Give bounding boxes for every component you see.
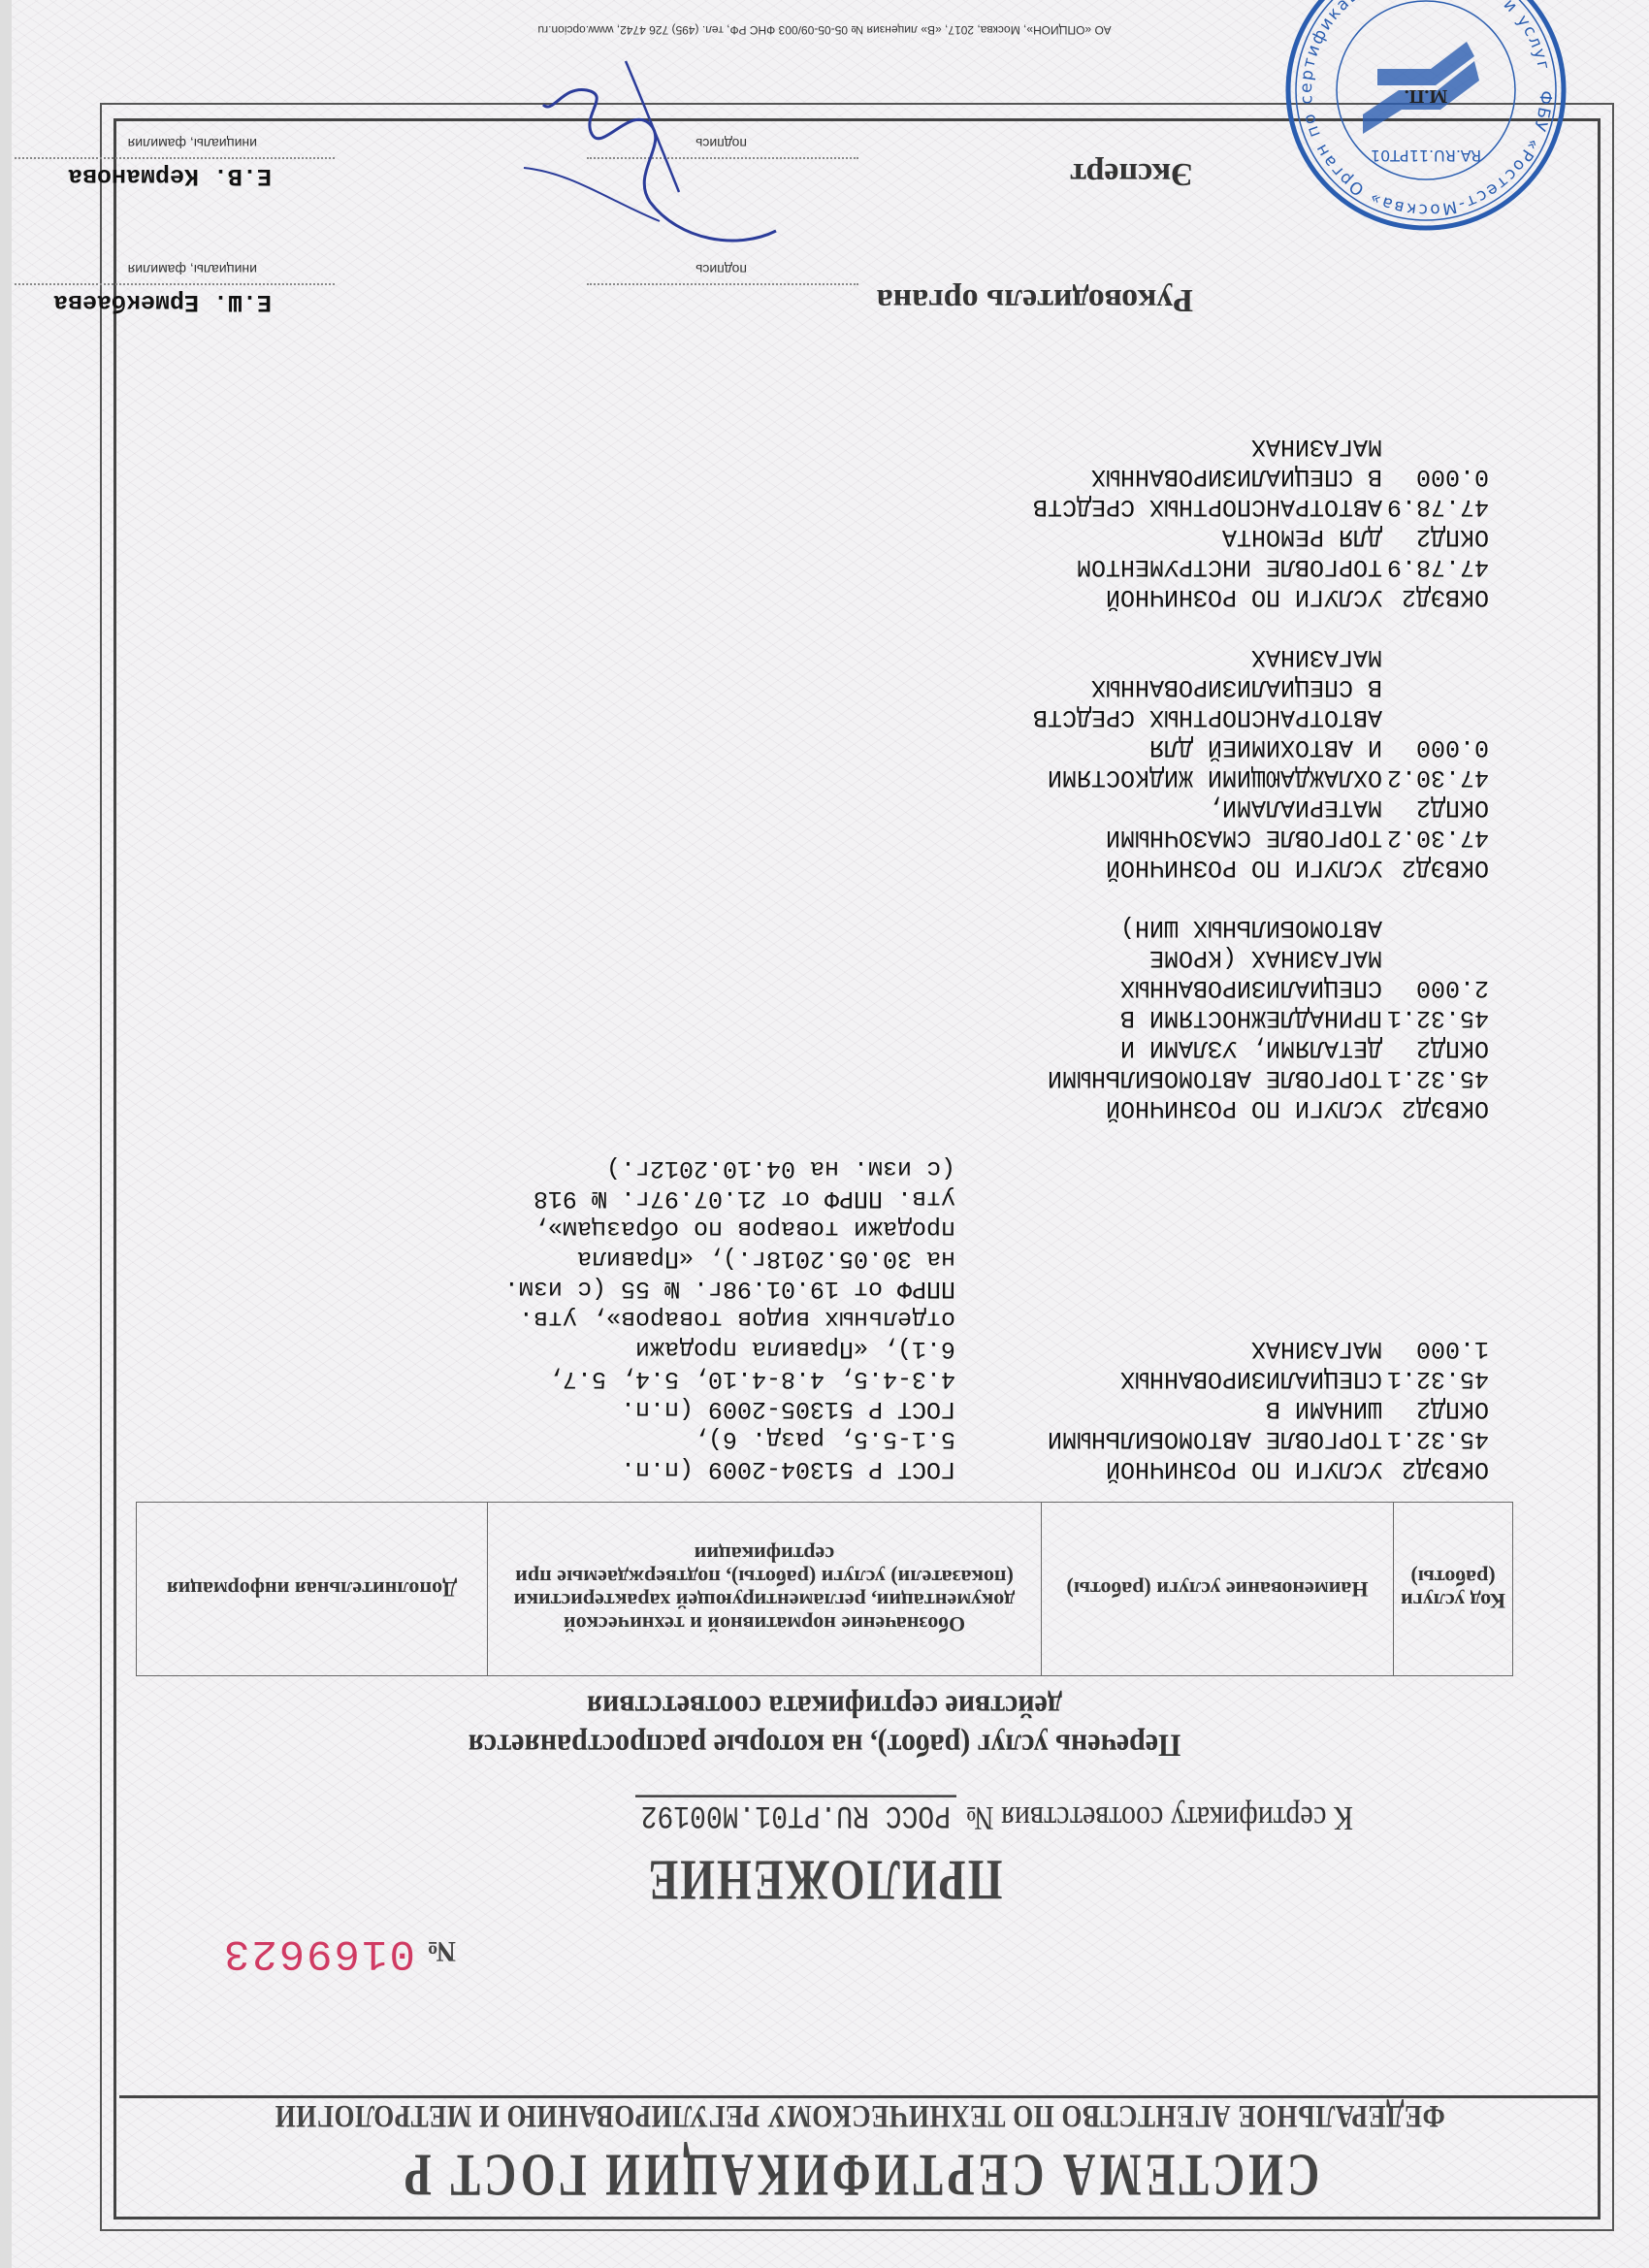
service-doc <box>373 1033 955 1063</box>
service-name: УСЛУГИ ПО РОЗНИЧНОЙ <box>955 1093 1382 1123</box>
service-line: АВТОМОБИЛЬНЫХ ШИН) <box>131 913 1489 943</box>
service-name: ТОРГОВЛЕ АВТОМОБИЛЬНЫМИ <box>955 1063 1382 1093</box>
service-code <box>1382 1183 1489 1214</box>
head-sign-caption: подпись <box>695 262 747 277</box>
service-name: В СПЕЦИАЛИЗИРОВАННЫХ <box>955 462 1382 492</box>
service-code: ОКПД2 <box>1382 1033 1489 1063</box>
service-doc: (с изм. на 04.10.2012г.) <box>373 1153 955 1183</box>
service-line: АВТОТРАНСПОРТНЫХ СРЕДСТВ <box>131 702 1489 732</box>
service-line: 45.32.1ТОРГОВЛЕ АВТОМОБИЛЬНЫМИ <box>131 1063 1489 1093</box>
row-spacer <box>131 1123 1489 1153</box>
service-line: ОКВЭД2УСЛУГИ ПО РОЗНИЧНОЙ <box>131 1093 1489 1123</box>
service-name: ТОРГОВЛЕ АВТОМОБИЛЬНЫМИ <box>955 1424 1382 1454</box>
service-line: ОКВЭД2УСЛУГИ ПО РОЗНИЧНОЙГОСТ Р 51304-20… <box>131 1454 1489 1484</box>
service-name <box>955 1244 1382 1274</box>
service-code: 47.30.2 <box>1382 762 1489 793</box>
service-line: 0.000В СПЕЦИАЛИЗИРОВАННЫХ <box>131 462 1489 492</box>
service-doc: ППРФ от 19.01.98г. № 55 (с изм. <box>373 1274 955 1304</box>
service-doc <box>373 582 955 612</box>
cert-number: РОСС RU.РТ01.М00192 <box>635 1795 956 1831</box>
service-name: МАТЕРИАЛАМИ, <box>955 793 1382 823</box>
service-doc <box>373 943 955 973</box>
service-doc <box>373 492 955 522</box>
service-line: 45.32.1СПЕЦИАЛИЗИРОВАННЫХ4.3-4.5, 4.8-4.… <box>131 1364 1489 1394</box>
expert-title: Эксперт <box>1070 155 1193 192</box>
service-code <box>1382 1214 1489 1244</box>
service-code <box>1382 1153 1489 1183</box>
service-doc: утв. ППРФ от 21.07.97г. № 918 <box>373 1183 955 1214</box>
service-line: ОКПД2ШИНАМИ ВГОСТ Р 51305-2009 (п.п. <box>131 1394 1489 1424</box>
service-line: 47.30.2ТОРГОВЛЕ СМАЗОЧНЫМИ <box>131 823 1489 853</box>
service-line: ОКВЭД2УСЛУГИ ПО РОЗНИЧНОЙ <box>131 853 1489 883</box>
service-code <box>1382 1304 1489 1334</box>
head-title: Руководитель органа <box>877 281 1193 318</box>
service-entry: ОКВЭД2УСЛУГИ ПО РОЗНИЧНОЙ47.78.9ТОРГОВЛЕ… <box>131 432 1489 612</box>
service-code: ОКПД2 <box>1382 522 1489 552</box>
service-name: ОХЛАЖДАЮЩИМИ ЖИДКОСТЯМИ <box>955 762 1382 793</box>
service-doc: продажи товаров по образцам», <box>373 1214 955 1244</box>
service-code: ОКВЭД2 <box>1382 853 1489 883</box>
service-name: МАГАЗИНАХ (КРОМЕ <box>955 943 1382 973</box>
service-line: 0.000И АВТОХИМИЕЙ ДЛЯ <box>131 732 1489 762</box>
col-extra: Дополнительная информация <box>137 1503 488 1676</box>
service-name <box>955 1183 1382 1214</box>
service-doc <box>373 913 955 943</box>
service-name: УСЛУГИ ПО РОЗНИЧНОЙ <box>955 1454 1382 1484</box>
service-line: 47.78.9ТОРГОВЛЕ ИНСТРУМЕНТОМ <box>131 552 1489 582</box>
service-line: ОКПД2МАТЕРИАЛАМИ, <box>131 793 1489 823</box>
certificate-appendix-page: СИСТЕМА СЕРТИФИКАЦИИ ГОСТ Р ФЕДЕРАЛЬНОЕ … <box>0 0 1649 2268</box>
service-name: АВТОТРАНСПОРТНЫХ СРЕДСТВ <box>955 492 1382 522</box>
certificate-reference: К сертификату соответствия № РОСС RU.РТ0… <box>635 1795 1353 1836</box>
service-code <box>1382 1274 1489 1304</box>
service-doc <box>373 672 955 702</box>
service-doc <box>373 432 955 462</box>
service-name <box>955 1274 1382 1304</box>
service-entry: ОКВЭД2УСЛУГИ ПО РОЗНИЧНОЙ45.32.1ТОРГОВЛЕ… <box>131 913 1489 1123</box>
service-code: 47.78.9 <box>1382 552 1489 582</box>
service-name: И АВТОХИМИЕЙ ДЛЯ <box>955 732 1382 762</box>
agency-name: ФЕДЕРАЛЬНОЕ АГЕНТСТВО ПО ТЕХНИЧЕСКОМУ РЕ… <box>119 2098 1600 2134</box>
service-code: 0.000 <box>1382 462 1489 492</box>
stamp-center-text: М.П. <box>1405 85 1447 107</box>
service-name: МАГАЗИНАХ <box>955 1334 1382 1364</box>
service-code: ОКПД2 <box>1382 1394 1489 1424</box>
service-code: 47.78.9 <box>1382 492 1489 522</box>
service-doc <box>373 702 955 732</box>
service-doc <box>373 1063 955 1093</box>
header-box: СИСТЕМА СЕРТИФИКАЦИИ ГОСТ Р ФЕДЕРАЛЬНОЕ … <box>119 2095 1600 2219</box>
service-name: ТОРГОВЛЕ СМАЗОЧНЫМИ <box>955 823 1382 853</box>
service-code: 45.32.1 <box>1382 1003 1489 1033</box>
service-code: ОКВЭД2 <box>1382 582 1489 612</box>
head-sign-line <box>587 283 858 285</box>
service-doc <box>373 793 955 823</box>
service-code <box>1382 1244 1489 1274</box>
service-name <box>955 1214 1382 1244</box>
list-title: Перечень услуг (работ), на которые распр… <box>0 1687 1649 1764</box>
system-title: СИСТЕМА СЕРТИФИКАЦИИ ГОСТ Р <box>119 2140 1600 2210</box>
service-doc <box>373 462 955 492</box>
service-name: СПЕЦИАЛИЗИРОВАННЫХ <box>955 973 1382 1003</box>
service-doc: ГОСТ Р 51305-2009 (п.п. <box>373 1394 955 1424</box>
service-name: ПРИНАДЛЕЖНОСТЯМИ В <box>955 1003 1382 1033</box>
service-code <box>1382 943 1489 973</box>
services-table-header: Код услуги (работы) Наименование услуги … <box>136 1502 1513 1676</box>
service-line: отдельных видов товаров», утв. <box>131 1304 1489 1334</box>
col-code: Код услуги (работы) <box>1394 1503 1513 1676</box>
expert-name-caption: инициалы, фамилия <box>128 136 257 151</box>
service-line: 47.78.9АВТОТРАНСПОРТНЫХ СРЕДСТВ <box>131 492 1489 522</box>
service-doc: на 30.05.2018г.), «Правила <box>373 1244 955 1274</box>
service-code: 45.32.1 <box>1382 1063 1489 1093</box>
row-spacer <box>131 612 1489 642</box>
service-code: ОКПД2 <box>1382 793 1489 823</box>
service-line: МАГАЗИНАХ <box>131 432 1489 462</box>
service-name <box>955 1304 1382 1334</box>
list-title-line2: действие сертификата соответствия <box>0 1687 1649 1726</box>
service-line: (с изм. на 04.10.2012г.) <box>131 1153 1489 1183</box>
serial-number: № 0169623 <box>222 1928 456 1977</box>
service-doc <box>373 1093 955 1123</box>
service-doc <box>373 732 955 762</box>
service-name: ДЕТАЛЯМИ, УЗЛАМИ И <box>955 1033 1382 1063</box>
service-doc: отдельных видов товаров», утв. <box>373 1304 955 1334</box>
service-name: УСЛУГИ ПО РОЗНИЧНОЙ <box>955 853 1382 883</box>
service-code: ОКВЭД2 <box>1382 1093 1489 1123</box>
service-code <box>1382 672 1489 702</box>
service-name: АВТОМОБИЛЬНЫХ ШИН) <box>955 913 1382 943</box>
service-doc: 5.1-5.5, разд. 6), <box>373 1424 955 1454</box>
service-code: 47.30.2 <box>1382 823 1489 853</box>
service-name: ШИНАМИ В <box>955 1394 1382 1424</box>
col-docs: Обозначение нормативной и технической до… <box>488 1503 1042 1676</box>
service-code <box>1382 702 1489 732</box>
service-name: МАГАЗИНАХ <box>955 432 1382 462</box>
appendix-title: ПРИЛОЖЕНИЕ <box>0 1847 1649 1914</box>
service-line: 1.000МАГАЗИНАХ6.1), «Правила продажи <box>131 1334 1489 1364</box>
service-line: ППРФ от 19.01.98г. № 55 (с изм. <box>131 1274 1489 1304</box>
service-doc <box>373 853 955 883</box>
service-code <box>1382 642 1489 672</box>
service-code <box>1382 913 1489 943</box>
service-line: ОКПД2ДЕТАЛЯМИ, УЗЛАМИ И <box>131 1033 1489 1063</box>
service-code: 2.000 <box>1382 973 1489 1003</box>
service-doc <box>373 642 955 672</box>
service-name: ДЛЯ РЕМОНТА <box>955 522 1382 552</box>
service-code <box>1382 432 1489 462</box>
service-line: МАГАЗИНАХ (КРОМЕ <box>131 943 1489 973</box>
service-code: 45.32.1 <box>1382 1424 1489 1454</box>
printer-footer: АО «ОПЦИОН», Москва, 2017, «В» лицензия … <box>0 23 1649 37</box>
list-title-line1: Перечень услуг (работ), на которые распр… <box>0 1725 1649 1764</box>
service-line: ОКПД2ДЛЯ РЕМОНТА <box>131 522 1489 552</box>
service-code: 45.32.1 <box>1382 1364 1489 1394</box>
expert-name: Е.В. Керманова <box>68 162 272 190</box>
service-doc <box>373 823 955 853</box>
service-line: 47.30.2ОХЛАЖДАЮЩИМИ ЖИДКОСТЯМИ <box>131 762 1489 793</box>
head-name: Е.Ш. Ермекбаева <box>53 288 272 316</box>
service-line: ОКВЭД2УСЛУГИ ПО РОЗНИЧНОЙ <box>131 582 1489 612</box>
service-code: ОКВЭД2 <box>1382 1454 1489 1484</box>
service-doc <box>373 973 955 1003</box>
signature-head: Руководитель органа подпись Е.Ш. Ермекба… <box>5 260 1208 318</box>
row-spacer <box>131 883 1489 913</box>
head-name-caption: инициалы, фамилия <box>128 262 257 277</box>
service-doc <box>373 1003 955 1033</box>
service-line: утв. ППРФ от 21.07.97г. № 918 <box>131 1183 1489 1214</box>
service-entry: ОКВЭД2УСЛУГИ ПО РОЗНИЧНОЙ47.30.2ТОРГОВЛЕ… <box>131 642 1489 883</box>
service-line: 2.000СПЕЦИАЛИЗИРОВАННЫХ <box>131 973 1489 1003</box>
services-list: ОКВЭД2УСЛУГИ ПО РОЗНИЧНОЙГОСТ Р 51304-20… <box>131 432 1489 1484</box>
service-doc: 6.1), «Правила продажи <box>373 1334 955 1364</box>
cert-label: К сертификату соответствия № <box>966 1798 1353 1836</box>
col-name: Наименование услуги (работы) <box>1042 1503 1394 1676</box>
service-code: 0.000 <box>1382 732 1489 762</box>
service-line: на 30.05.2018г.), «Правила <box>131 1244 1489 1274</box>
scan-edge-shadow <box>0 0 12 2268</box>
service-line: МАГАЗИНАХ <box>131 642 1489 672</box>
service-name: ТОРГОВЛЕ ИНСТРУМЕНТОМ <box>955 552 1382 582</box>
stamp-inner-text: RA.RU.11PT01 <box>1371 146 1481 165</box>
service-name: АВТОТРАНСПОРТНЫХ СРЕДСТВ <box>955 702 1382 732</box>
service-line: продажи товаров по образцам», <box>131 1214 1489 1244</box>
service-name: СПЕЦИАЛИЗИРОВАННЫХ <box>955 1364 1382 1394</box>
service-line: 45.32.1ПРИНАДЛЕЖНОСТЯМИ В <box>131 1003 1489 1033</box>
service-line: В СПЕЦИАЛИЗИРОВАННЫХ <box>131 672 1489 702</box>
service-name: В СПЕЦИАЛИЗИРОВАННЫХ <box>955 672 1382 702</box>
service-code: 1.000 <box>1382 1334 1489 1364</box>
head-name-line <box>15 283 335 285</box>
service-doc: 4.3-4.5, 4.8-4.10, 5.4, 5.7, <box>373 1364 955 1394</box>
service-doc <box>373 762 955 793</box>
serial-label: № <box>427 1934 456 1967</box>
service-name: УСЛУГИ ПО РОЗНИЧНОЙ <box>955 582 1382 612</box>
service-name: МАГАЗИНАХ <box>955 642 1382 672</box>
service-doc: ГОСТ Р 51304-2009 (п.п. <box>373 1454 955 1484</box>
handwritten-signature-icon <box>504 56 795 260</box>
service-name <box>955 1153 1382 1183</box>
service-line: 45.32.1ТОРГОВЛЕ АВТОМОБИЛЬНЫМИ5.1-5.5, р… <box>131 1424 1489 1454</box>
service-doc <box>373 522 955 552</box>
serial-value: 0169623 <box>222 1928 415 1977</box>
expert-name-line <box>15 157 335 159</box>
service-entry: ОКВЭД2УСЛУГИ ПО РОЗНИЧНОЙГОСТ Р 51304-20… <box>131 1153 1489 1484</box>
service-doc <box>373 552 955 582</box>
